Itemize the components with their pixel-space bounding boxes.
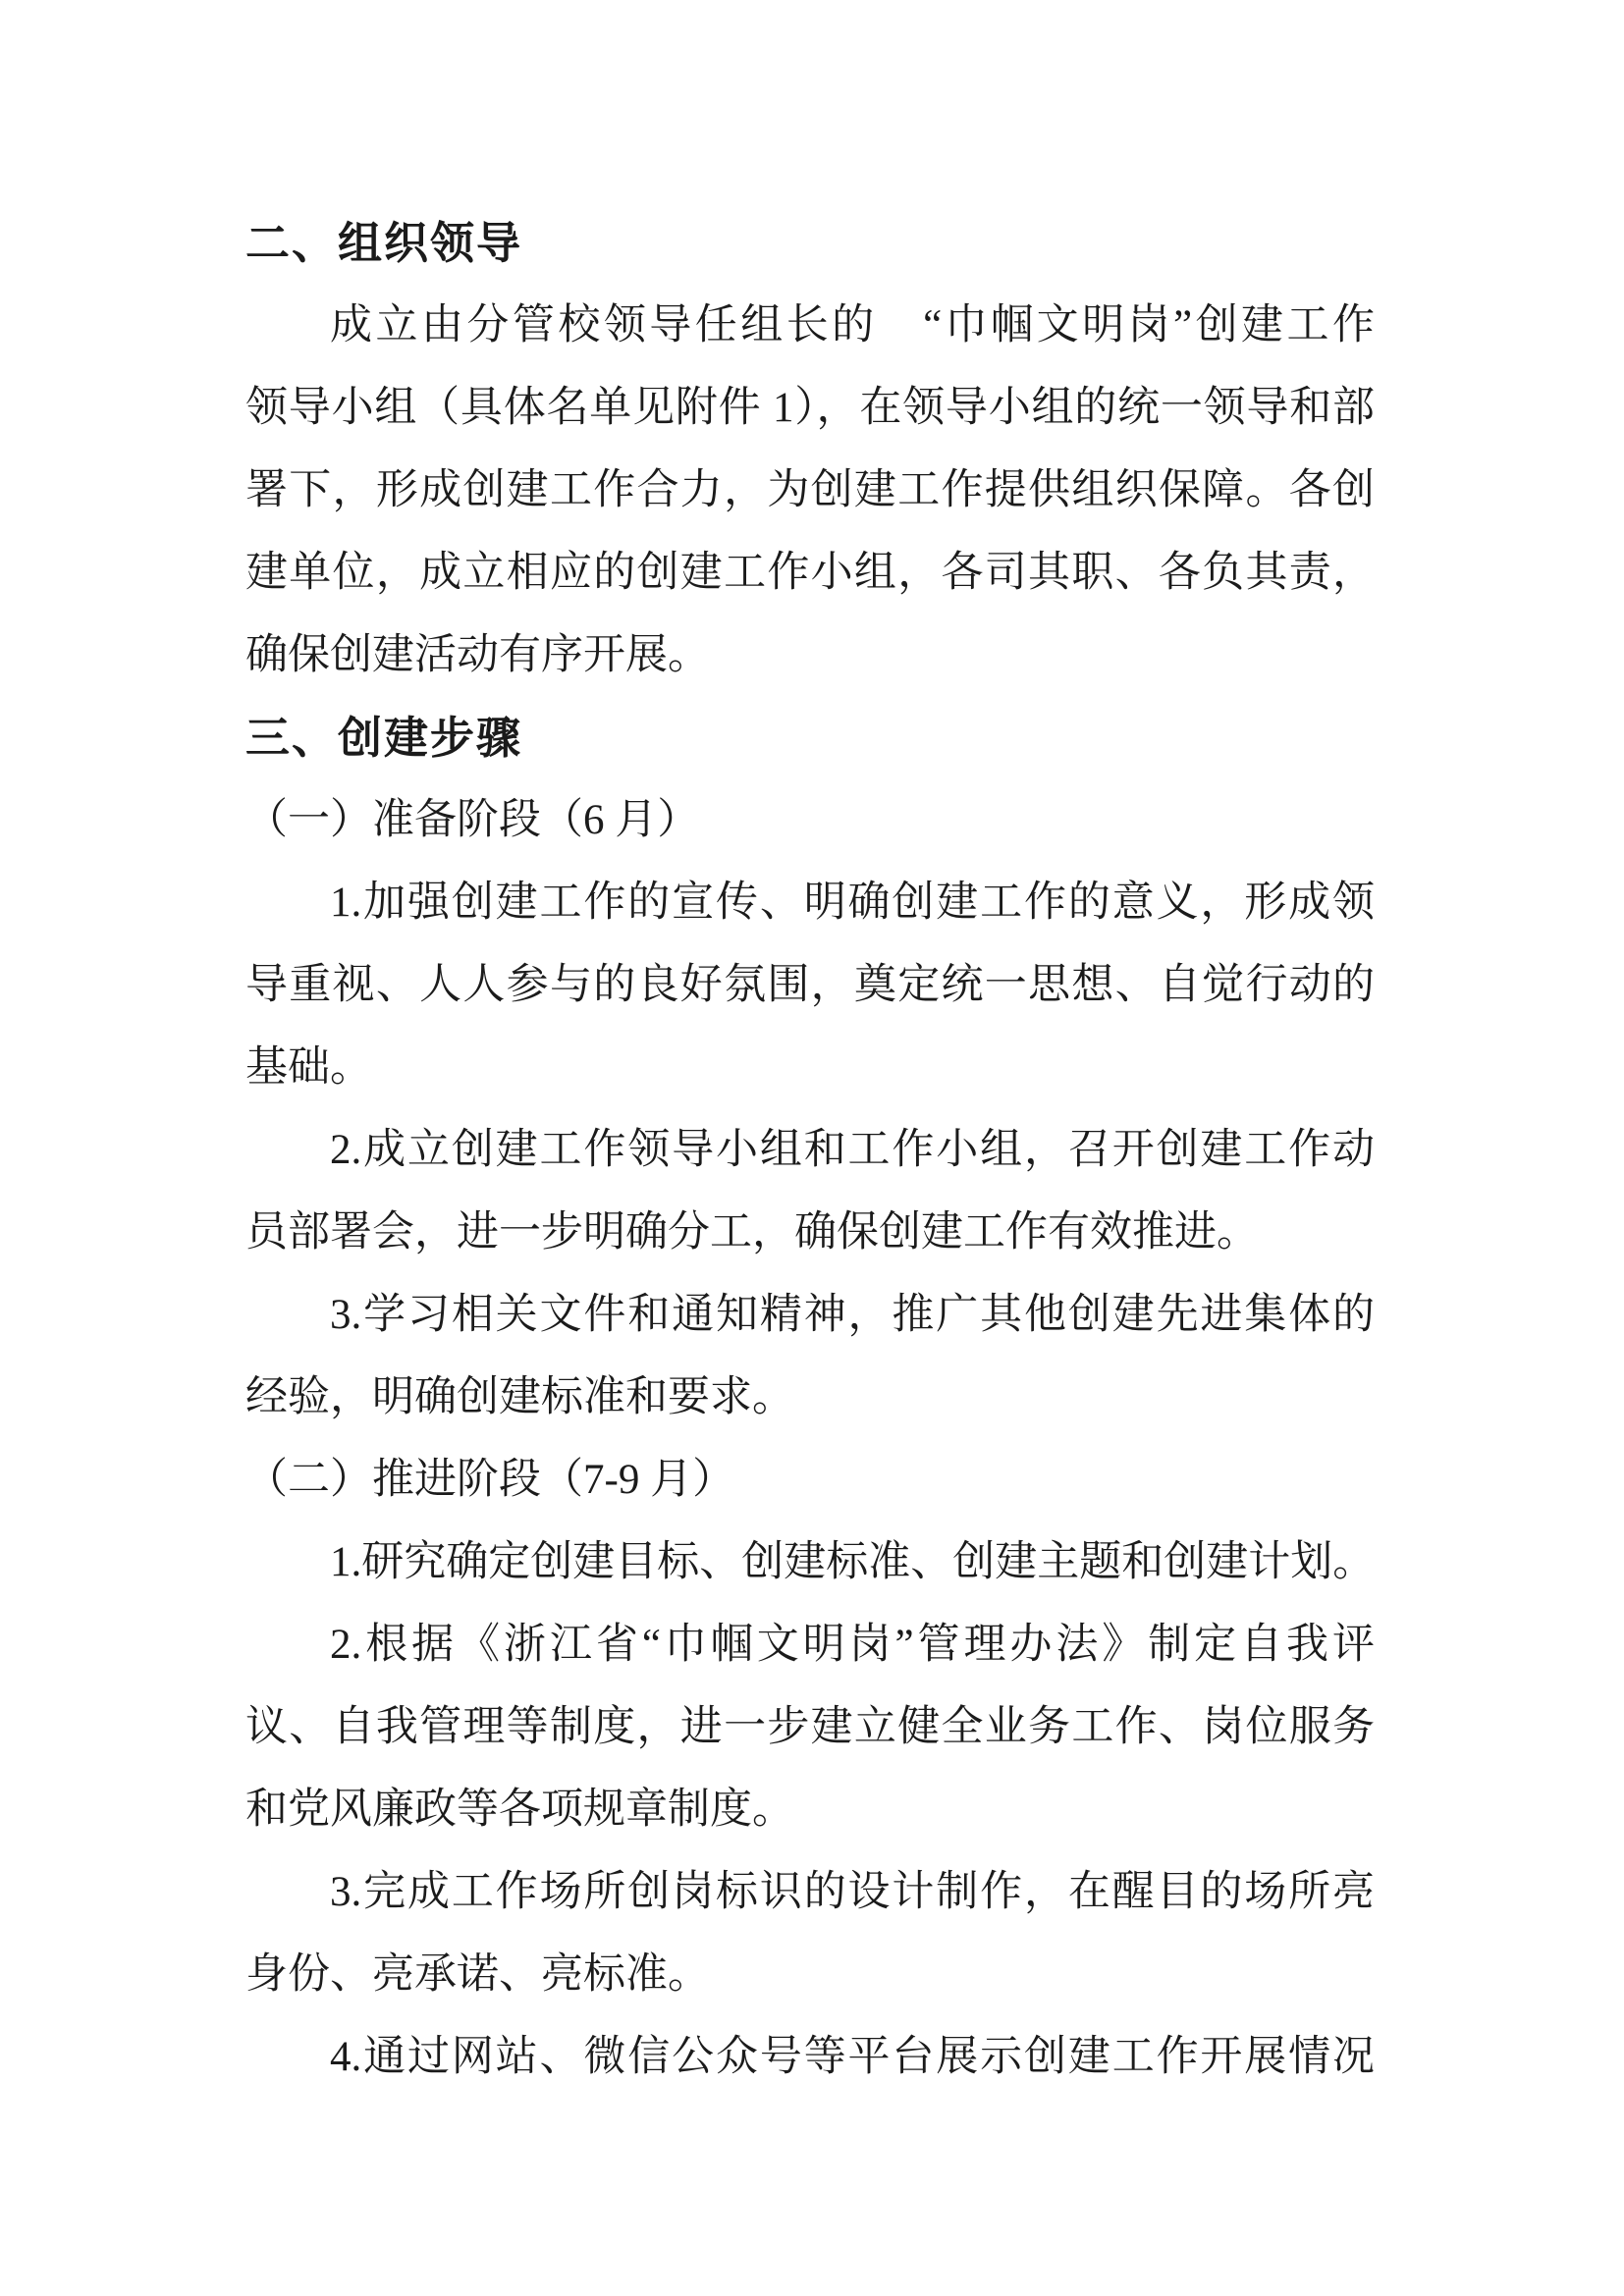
text-line: 员部署会，进一步明确分工，确保创建工作有效推进。: [245, 1192, 1375, 1274]
text-line-content: 三、创建步骤: [245, 713, 522, 763]
text-line: 三、创建步骤: [245, 697, 1375, 779]
text-line: 和党风廉政等各项规章制度。: [245, 1769, 1375, 1851]
text-line-content: 导重视、人人参与的良好氛围，奠定统一思想、自觉行动的: [245, 962, 1375, 1008]
text-line-content: 二、组织领导: [245, 218, 522, 268]
text-line: 身份、亮承诺、亮标准。: [245, 1934, 1375, 2016]
text-line: 2.根据《浙江省“巾帼文明岗”管理办法》制定自我评: [245, 1604, 1375, 1686]
text-line: 成立由分管校领导任组长的 “巾帼文明岗”创建工作: [245, 285, 1375, 367]
text-line: 1.加强创建工作的宣传、明确创建工作的意义，形成领: [245, 862, 1375, 944]
text-line-content: 基础。: [245, 1044, 372, 1091]
text-line: 署下，形成创建工作合力，为创建工作提供组织保障。各创: [245, 450, 1375, 532]
text-line: （一）准备阶段（6 月）: [245, 779, 1375, 862]
text-line: 建单位，成立相应的创建工作小组，各司其职、各负其责，: [245, 532, 1375, 614]
text-line: 基础。: [245, 1027, 1375, 1109]
text-line: 领导小组（具体名单见附件 1），在领导小组的统一领导和部: [245, 367, 1375, 450]
text-line: 经验，明确创建标准和要求。: [245, 1357, 1375, 1439]
document-content: 二、组织领导 成立由分管校领导任组长的 “巾帼文明岗”创建工作 领导小组（具体名…: [245, 202, 1375, 2099]
text-line-content: 议、自我管理等制度，进一步建立健全业务工作、岗位服务: [245, 1704, 1375, 1750]
text-line-content: 署下，形成创建工作合力，为创建工作提供组织保障。各创: [245, 467, 1375, 513]
text-line-content: 和党风廉政等各项规章制度。: [245, 1787, 794, 1833]
text-line-content: 3.完成工作场所创岗标识的设计制作，在醒目的场所亮: [330, 1869, 1375, 1915]
text-line-content: 1.研究确定创建目标、创建标准、创建主题和创建计划。: [330, 1539, 1375, 1585]
text-line-content: （一）准备阶段（6 月）: [245, 797, 699, 843]
text-line-content: （二）推进阶段（7-9 月）: [245, 1457, 734, 1503]
text-line: 二、组织领导: [245, 202, 1375, 285]
text-line: （二）推进阶段（7-9 月）: [245, 1439, 1375, 1522]
text-line: 议、自我管理等制度，进一步建立健全业务工作、岗位服务: [245, 1686, 1375, 1769]
text-line: 4.通过网站、微信公众号等平台展示创建工作开展情况: [245, 2016, 1375, 2099]
text-line-content: 领导小组（具体名单见附件 1），在领导小组的统一领导和部: [245, 385, 1375, 431]
text-line-content: 确保创建活动有序开展。: [245, 632, 710, 678]
text-line-content: 经验，明确创建标准和要求。: [245, 1374, 794, 1420]
text-line: 3.完成工作场所创岗标识的设计制作，在醒目的场所亮: [245, 1851, 1375, 1934]
text-line-content: 身份、亮承诺、亮标准。: [245, 1951, 710, 1998]
text-line-content: 3.学习相关文件和通知精神，推广其他创建先进集体的: [330, 1292, 1375, 1338]
text-line: 2.成立创建工作领导小组和工作小组，召开创建工作动: [245, 1109, 1375, 1192]
text-line-content: 2.成立创建工作领导小组和工作小组，召开创建工作动: [330, 1127, 1375, 1173]
text-line: 3.学习相关文件和通知精神，推广其他创建先进集体的: [245, 1274, 1375, 1357]
text-line-content: 4.通过网站、微信公众号等平台展示创建工作开展情况: [330, 2034, 1375, 2080]
document-page: 二、组织领导 成立由分管校领导任组长的 “巾帼文明岗”创建工作 领导小组（具体名…: [0, 0, 1624, 2296]
text-line: 确保创建活动有序开展。: [245, 614, 1375, 697]
text-line-content: 2.根据《浙江省“巾帼文明岗”管理办法》制定自我评: [330, 1622, 1375, 1668]
text-line-content: 建单位，成立相应的创建工作小组，各司其职、各负其责，: [245, 550, 1375, 596]
text-line: 1.研究确定创建目标、创建标准、创建主题和创建计划。: [245, 1522, 1375, 1604]
text-line-content: 成立由分管校领导任组长的 “巾帼文明岗”创建工作: [330, 302, 1375, 348]
text-line-content: 员部署会，进一步明确分工，确保创建工作有效推进。: [245, 1209, 1259, 1255]
text-line: 导重视、人人参与的良好氛围，奠定统一思想、自觉行动的: [245, 944, 1375, 1027]
text-line-content: 1.加强创建工作的宣传、明确创建工作的意义，形成领: [330, 880, 1375, 926]
